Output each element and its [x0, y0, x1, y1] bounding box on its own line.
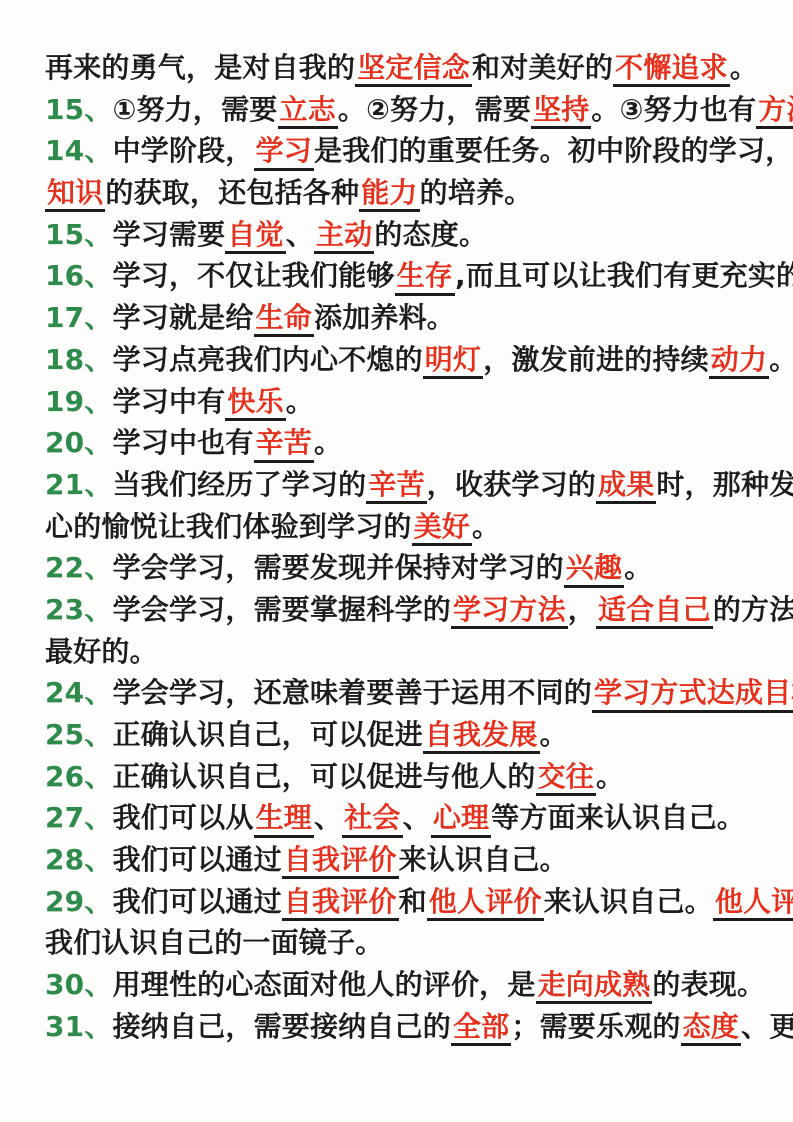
text-run: 。	[596, 760, 624, 793]
highlighted-term: 兴趣	[564, 552, 624, 587]
highlighted-term: 能力	[359, 177, 419, 212]
highlighted-term: 生命	[254, 302, 314, 337]
highlighted-term: 全部	[451, 1011, 511, 1046]
text-run: ,而且可以让我们有更充实的	[455, 259, 793, 292]
text-line: 14、中学阶段，学习是我们的重要任务。初中阶段的学习，包括	[45, 130, 769, 172]
highlighted-term: 主动	[314, 219, 374, 254]
item-number: 19、	[45, 385, 113, 418]
highlighted-term: 学习方法	[451, 594, 568, 629]
text-run: 。	[769, 343, 793, 376]
highlighted-term: 不懈追求	[613, 52, 730, 87]
highlighted-term: 明灯	[423, 344, 483, 379]
highlighted-term: 坚持	[531, 94, 591, 129]
text-line: 24、学会学习，还意味着要善于运用不同的学习方式达成目标。	[45, 672, 769, 714]
text-run: 正确认识自己，可以促进	[113, 718, 423, 751]
text-line: 再来的勇气，是对自我的坚定信念和对美好的不懈追求。	[45, 47, 769, 89]
text-run: 学会学习，需要发现并保持对学习的	[113, 551, 564, 584]
text-run: 来认识自己。	[544, 885, 713, 918]
document-page: 再来的勇气，是对自我的坚定信念和对美好的不懈追求。15、①努力，需要立志。②努力…	[0, 0, 793, 1122]
highlighted-term: 走向成熟	[536, 969, 653, 1004]
text-run: 用理性的心态面对他人的评价，是	[113, 968, 536, 1001]
highlighted-term: 心理	[431, 802, 491, 837]
text-run: 接纳自己，需要接纳自己的	[113, 1010, 451, 1043]
text-run: 学习就是给	[113, 301, 254, 334]
highlighted-term: 生理	[254, 802, 314, 837]
item-number: 28、	[45, 843, 113, 876]
highlighted-term: 生存	[395, 260, 455, 295]
text-run: 学会学习，需要掌握科学的	[113, 593, 451, 626]
highlighted-term: 他人评价	[713, 886, 793, 921]
text-line: 18、学习点亮我们内心不熄的明灯，激发前进的持续动力。	[45, 339, 769, 381]
highlighted-term: 自我评价	[282, 886, 399, 921]
text-run: 学习，不仅让我们能够	[113, 259, 395, 292]
text-run: 。	[314, 426, 342, 459]
text-line: 我们认识自己的一面镜子。	[45, 922, 769, 964]
text-run: 的培养。	[420, 176, 533, 209]
text-run: 和	[399, 885, 427, 918]
highlighted-term: 快乐	[225, 386, 285, 421]
text-run: 我们可以通过	[113, 843, 282, 876]
text-run: 正确认识自己，可以促进与他人的	[113, 760, 536, 793]
highlighted-term: 坚定信念	[355, 52, 472, 87]
text-run: 学会学习，还意味着要善于运用不同的	[113, 676, 592, 709]
item-number: 27、	[45, 801, 113, 834]
text-run: 学习中也有	[113, 426, 254, 459]
text-run: ，激发前进的持续	[483, 343, 709, 376]
item-number: 23、	[45, 593, 113, 626]
text-line: 20、学习中也有辛苦。	[45, 422, 769, 464]
text-line: 31、接纳自己，需要接纳自己的全部；需要乐观的态度、更需要	[45, 1006, 769, 1048]
text-line: 21、当我们经历了学习的辛苦，收获学习的成果时，那种发自内	[45, 464, 769, 506]
highlighted-term: 知识	[45, 177, 105, 212]
notes-list: 再来的勇气，是对自我的坚定信念和对美好的不懈追求。15、①努力，需要立志。②努力…	[45, 47, 769, 1048]
text-line: 知识的获取，还包括各种能力的培养。	[45, 172, 769, 214]
highlighted-term: 学习方式达成目标	[592, 677, 793, 712]
text-run: 是我们的重要任务。初中阶段的学习，包括	[314, 134, 793, 167]
text-line: 23、学会学习，需要掌握科学的学习方法，适合自己的方法才是	[45, 589, 769, 631]
text-run: 的表现。	[652, 968, 765, 1001]
text-run: 来认识自己。	[399, 843, 568, 876]
item-number: 14、	[45, 134, 113, 167]
item-number: 24、	[45, 676, 113, 709]
text-run: 、	[286, 218, 314, 251]
text-line: 心的愉悦让我们体验到学习的美好。	[45, 506, 769, 548]
text-run: 添加养料。	[314, 301, 455, 334]
highlighted-term: 适合自己	[596, 594, 713, 629]
text-run: 学习需要	[113, 218, 226, 251]
text-run: 。	[624, 551, 652, 584]
item-number: 22、	[45, 551, 113, 584]
text-run: 。	[540, 718, 568, 751]
text-run: 再来的勇气，是对自我的	[45, 51, 355, 84]
item-number: 17、	[45, 301, 113, 334]
text-run: 。	[286, 385, 314, 418]
highlighted-term: 成果	[596, 469, 656, 504]
text-line: 22、学会学习，需要发现并保持对学习的兴趣。	[45, 547, 769, 589]
text-run: 。	[472, 510, 500, 543]
text-run: 的方法才是	[713, 593, 793, 626]
text-run: ①努力，需要	[113, 93, 278, 126]
text-line: 16、学习，不仅让我们能够生存,而且可以让我们有更充实的生活。	[45, 255, 769, 297]
text-line: 29、我们可以通过自我评价和他人评价来认识自己。他人评价是	[45, 881, 769, 923]
text-run: ，	[568, 593, 596, 626]
text-line: 15、学习需要自觉、主动的态度。	[45, 214, 769, 256]
text-line: 15、①努力，需要立志。②努力，需要坚持。③努力也有方法。	[45, 89, 769, 131]
item-number: 29、	[45, 885, 113, 918]
highlighted-term: 社会	[342, 802, 402, 837]
text-run: 等方面来认识自己。	[491, 801, 745, 834]
text-run: 和对美好的	[472, 51, 613, 84]
text-run: 最好的。	[45, 635, 158, 668]
highlighted-term: 自我评价	[282, 844, 399, 879]
text-line: 26、正确认识自己，可以促进与他人的交往。	[45, 756, 769, 798]
highlighted-term: 学习	[254, 135, 314, 170]
text-run: 心的愉悦让我们体验到学习的	[45, 510, 412, 543]
text-run: 学习中有	[113, 385, 226, 418]
text-line: 25、正确认识自己，可以促进自我发展。	[45, 714, 769, 756]
text-run: 当我们经历了学习的	[113, 468, 367, 501]
item-number: 20、	[45, 426, 113, 459]
text-line: 28、我们可以通过自我评价来认识自己。	[45, 839, 769, 881]
text-line: 19、学习中有快乐。	[45, 381, 769, 423]
highlighted-term: 方法	[756, 94, 793, 129]
text-run: 学习点亮我们内心不熄的	[113, 343, 423, 376]
text-run: 、	[314, 801, 342, 834]
text-run: 、更需要	[741, 1010, 793, 1043]
text-run: 。	[730, 51, 758, 84]
text-line: 30、用理性的心态面对他人的评价，是走向成熟的表现。	[45, 964, 769, 1006]
text-run: 中学阶段，	[113, 134, 254, 167]
text-run: 我们可以通过	[113, 885, 282, 918]
highlighted-term: 自觉	[225, 219, 285, 254]
item-number: 25、	[45, 718, 113, 751]
text-run: ；需要乐观的	[511, 1010, 680, 1043]
text-run: 时，那种发自内	[656, 468, 793, 501]
item-number: 31、	[45, 1010, 113, 1043]
item-number: 30、	[45, 968, 113, 1001]
highlighted-term: 他人评价	[427, 886, 544, 921]
text-run: 的获取，还包括各种	[105, 176, 359, 209]
item-number: 15、	[45, 93, 113, 126]
highlighted-term: 立志	[278, 94, 338, 129]
item-number: 26、	[45, 760, 113, 793]
highlighted-term: 自我发展	[423, 719, 540, 754]
item-number: 16、	[45, 259, 113, 292]
text-run: 的态度。	[374, 218, 487, 251]
text-run: 我们认识自己的一面镜子。	[45, 926, 383, 959]
text-run: 。②努力，需要	[338, 93, 531, 126]
item-number: 21、	[45, 468, 113, 501]
text-run: 。③努力也有	[591, 93, 756, 126]
highlighted-term: 美好	[412, 511, 472, 546]
highlighted-term: 交往	[536, 761, 596, 796]
item-number: 18、	[45, 343, 113, 376]
text-line: 最好的。	[45, 631, 769, 673]
text-line: 27、我们可以从生理、社会、心理等方面来认识自己。	[45, 797, 769, 839]
item-number: 15、	[45, 218, 113, 251]
highlighted-term: 动力	[709, 344, 769, 379]
text-run: 、	[403, 801, 431, 834]
text-run: ，收获学习的	[427, 468, 596, 501]
highlighted-term: 态度	[681, 1011, 741, 1046]
highlighted-term: 辛苦	[254, 427, 314, 462]
highlighted-term: 辛苦	[366, 469, 426, 504]
text-line: 17、学习就是给生命添加养料。	[45, 297, 769, 339]
text-run: 我们可以从	[113, 801, 254, 834]
